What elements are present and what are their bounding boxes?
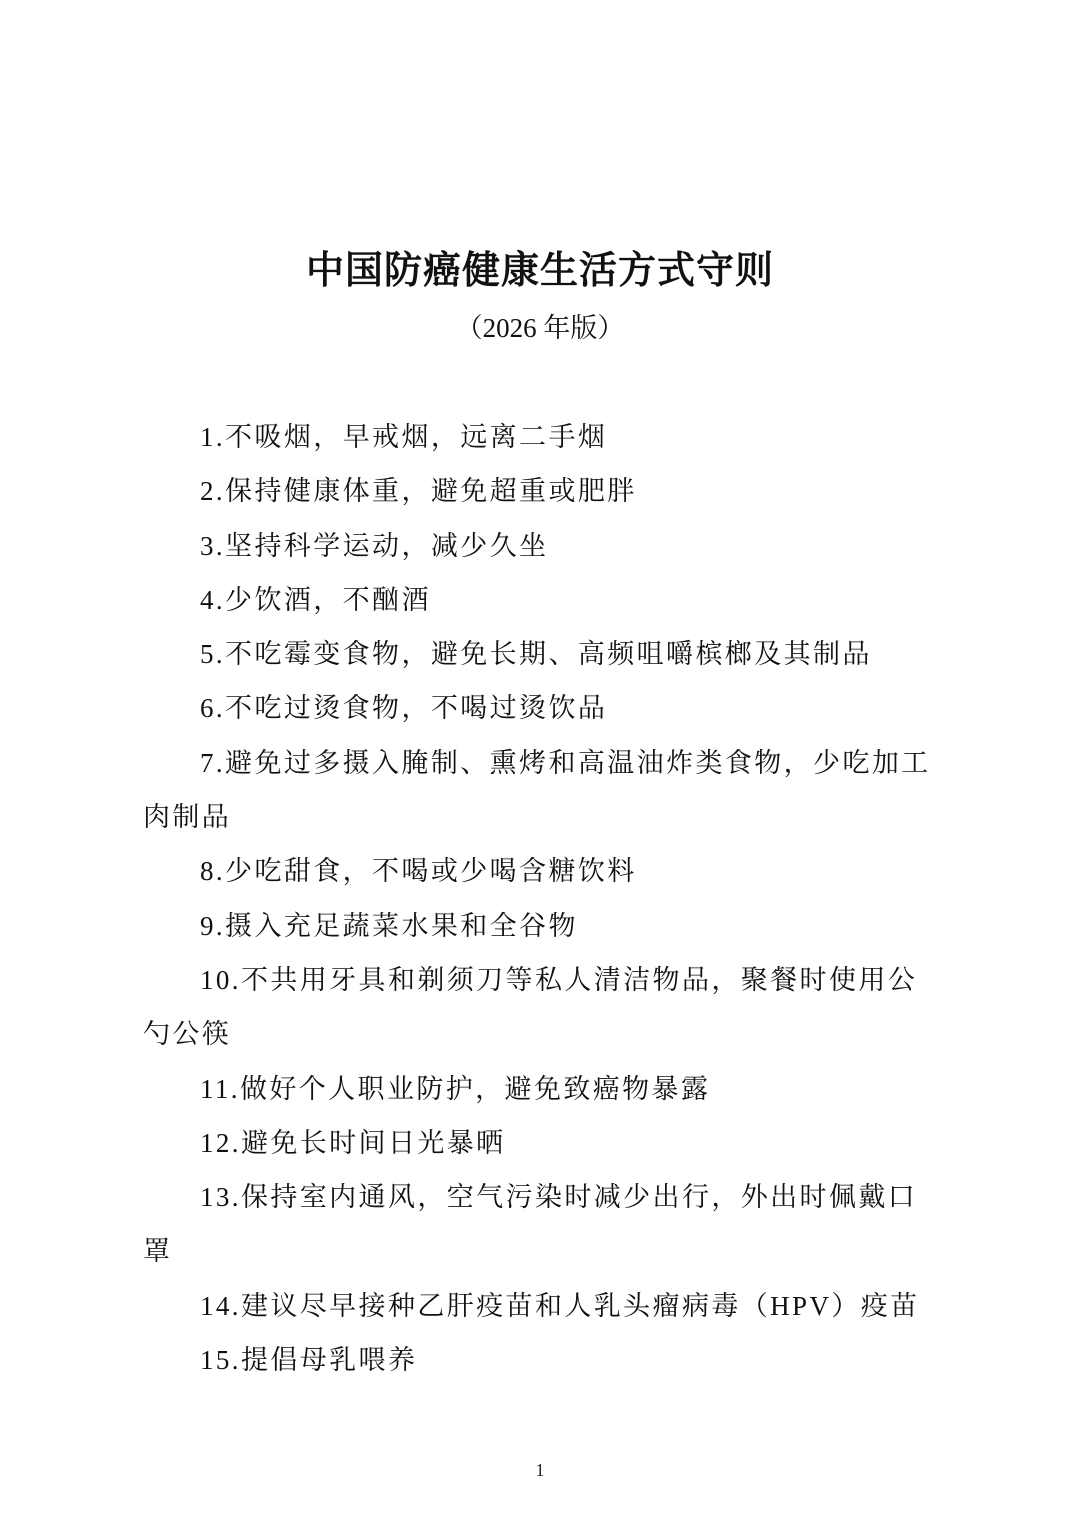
- rule-item-7: 7.避免过多摄入腌制、熏烤和高温油炸类食物，少吃加工肉制品: [143, 736, 943, 845]
- rule-item-11: 11.做好个人职业防护，避免致癌物暴露: [143, 1062, 943, 1116]
- rule-item-6: 6.不吃过烫食物，不喝过烫饮品: [143, 681, 943, 735]
- rule-item-4: 4.少饮酒，不酗酒: [143, 573, 943, 627]
- document-title: 中国防癌健康生活方式守则: [0, 244, 1080, 296]
- rule-item-14: 14.建议尽早接种乙肝疫苗和人乳头瘤病毒（HPV）疫苗: [143, 1279, 943, 1333]
- rule-item-2: 2.保持健康体重，避免超重或肥胖: [143, 464, 943, 518]
- rule-item-5: 5.不吃霉变食物，避免长期、高频咀嚼槟榔及其制品: [143, 627, 943, 681]
- rule-item-13: 13.保持室内通风，空气污染时减少出行，外出时佩戴口罩: [143, 1170, 943, 1279]
- document-page: 中国防癌健康生活方式守则 （2026 年版） 1.不吸烟，早戒烟，远离二手烟 2…: [0, 0, 1080, 1527]
- rule-item-15: 15.提倡母乳喂养: [143, 1333, 943, 1387]
- document-subtitle: （2026 年版）: [0, 308, 1080, 348]
- rule-item-3: 3.坚持科学运动，减少久坐: [143, 519, 943, 573]
- rule-item-8: 8.少吃甜食，不喝或少喝含糖饮料: [143, 844, 943, 898]
- page-number: 1: [0, 1460, 1080, 1481]
- rules-list: 1.不吸烟，早戒烟，远离二手烟 2.保持健康体重，避免超重或肥胖 3.坚持科学运…: [143, 410, 943, 1387]
- rule-item-10: 10.不共用牙具和剃须刀等私人清洁物品，聚餐时使用公勺公筷: [143, 953, 943, 1062]
- rule-item-12: 12.避免长时间日光暴晒: [143, 1116, 943, 1170]
- rule-item-9: 9.摄入充足蔬菜水果和全谷物: [143, 899, 943, 953]
- rule-item-1: 1.不吸烟，早戒烟，远离二手烟: [143, 410, 943, 464]
